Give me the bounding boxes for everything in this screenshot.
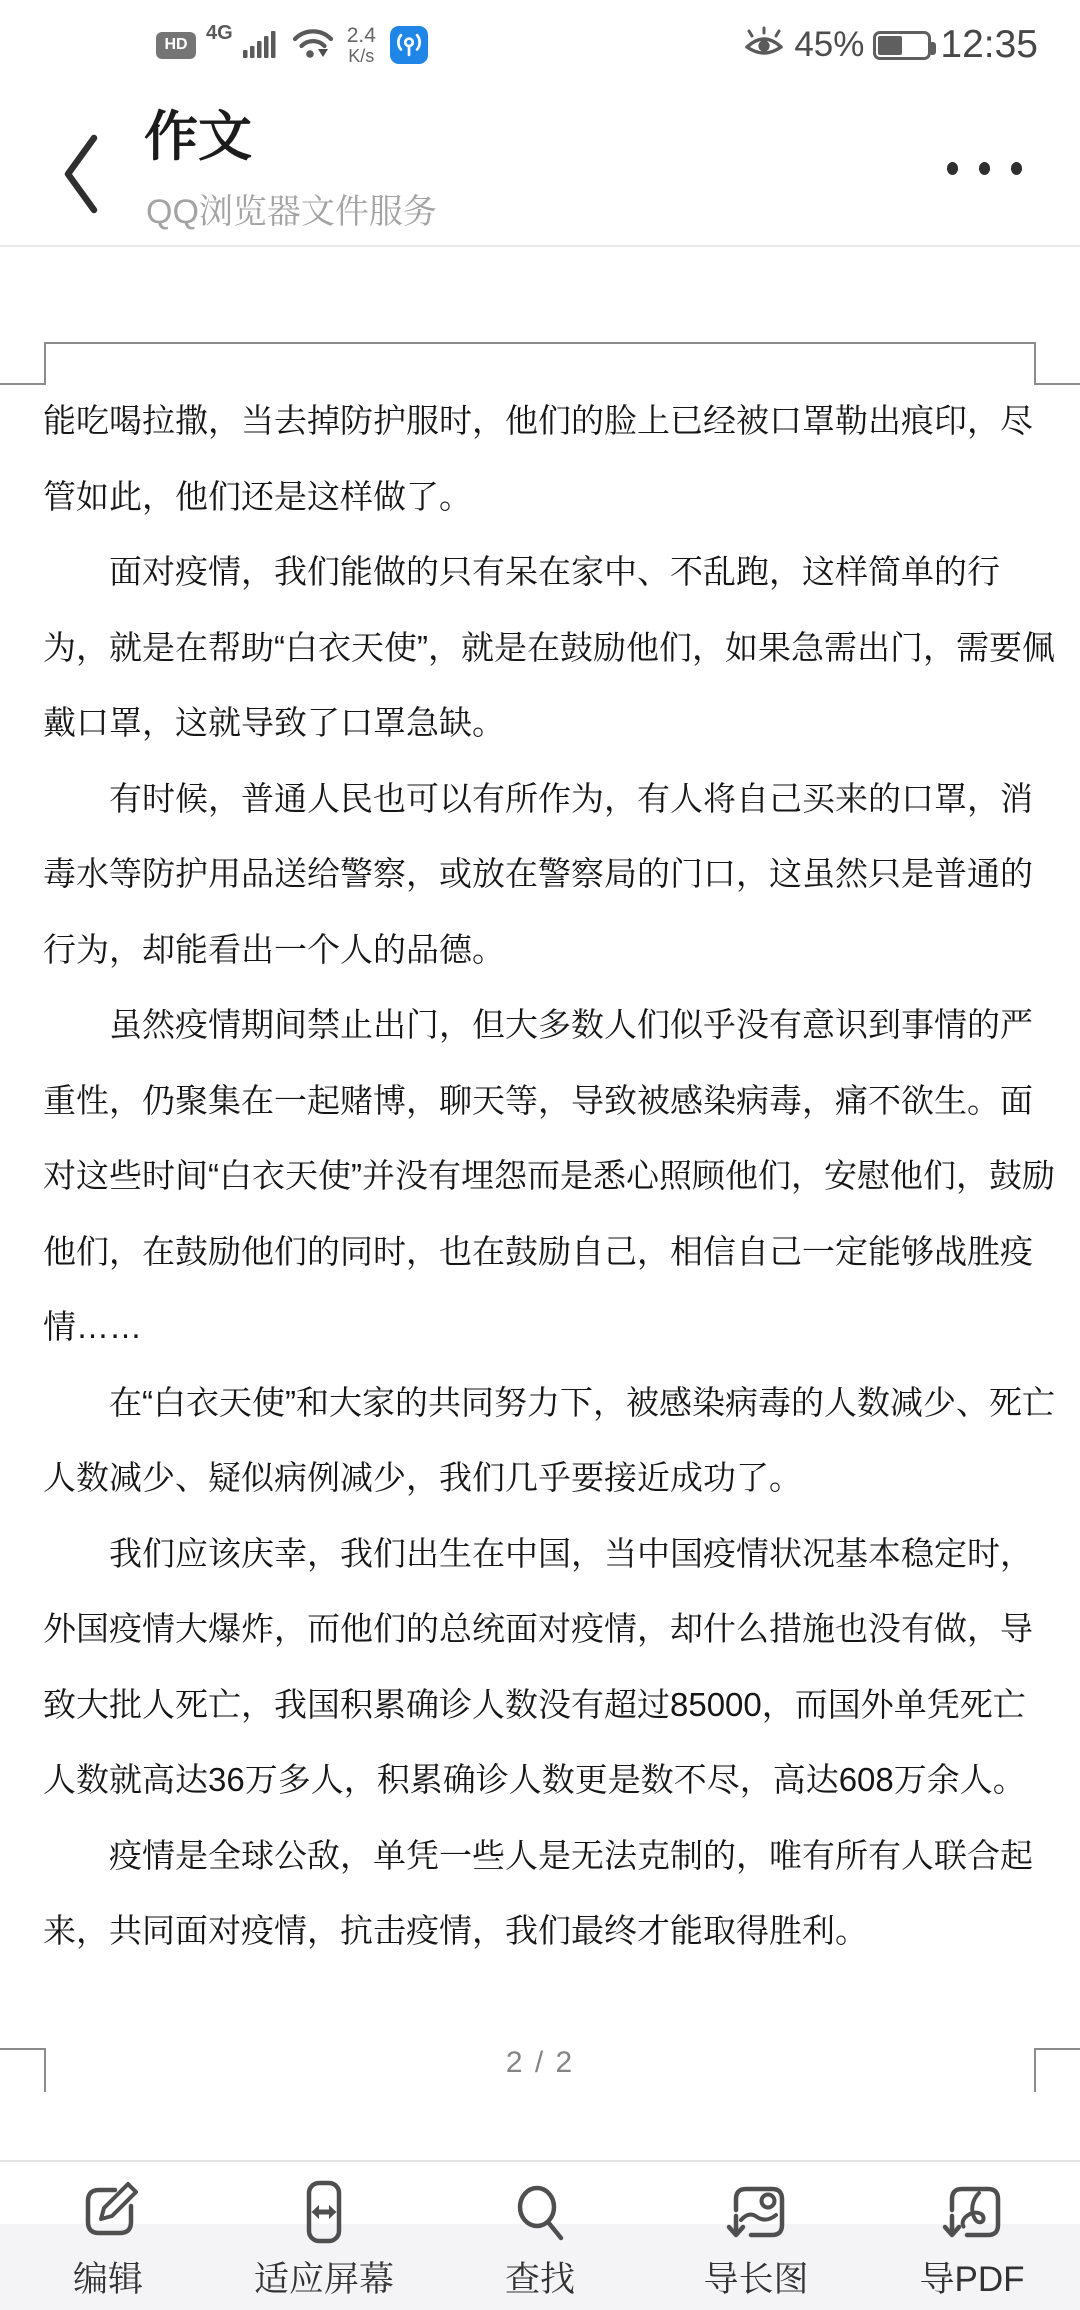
battery-nub [931,42,936,55]
toolbar-item-label: 编辑 [73,2252,143,2302]
toolbar-item-label: 导长图 [703,2252,808,2302]
document-text-line: 对这些时间“白衣天使”并没有埋怨而是悉心照顾他们，安慰他们，鼓励 [43,1138,1053,1214]
export-pdf-icon [936,2176,1008,2248]
document-text-line: 我们应该庆幸，我们出生在中国，当中国疫情状况基本稳定时， [43,1516,1053,1592]
document-text-line: 为，就是在帮助“白衣天使”，就是在鼓励他们，如果急需出门，需要佩 [43,610,1053,686]
more-menu-button[interactable] [941,156,1028,181]
fit-screen-icon [288,2176,360,2248]
eye-protection-icon [743,26,785,65]
document-text-line: 戴口罩，这就导致了口罩急缺。 [43,685,1053,761]
document-text-line: 虽然疫情期间禁止出门，但大多数人们似乎没有意识到事情的严 [43,987,1053,1063]
document-text-line: 人数减少、疑似病例减少，我们几乎要接近成功了。 [43,1440,1053,1516]
document-text-line: 来，共同面对疫情，抗击疫情，我们最终才能取得胜利。 [43,1893,1053,1969]
document-text-line: 有时候，普通人民也可以有所作为，有人将自己买来的口罩，消 [43,761,1053,837]
document-text-line: 面对疫情，我们能做的只有呆在家中、不乱跑，这样简单的行 [43,534,1053,610]
document-text-line: 行为，却能看出一个人的品德。 [43,912,1053,988]
hotspot-icon [390,26,428,64]
page-mark-top-right-v [1034,342,1036,385]
bottom-toolbar: 编辑适应屏幕查找导长图导PDF [0,2160,1080,2310]
toolbar-item-fit-screen[interactable]: 适应屏幕 [216,2162,432,2302]
network-speed-unit: K/s [348,47,374,65]
network-speed-value: 2.4 [347,25,376,46]
toolbar-item-export-pdf[interactable]: 导PDF [864,2162,1080,2302]
hd-badge: HD [156,32,196,59]
export-image-icon [720,2176,792,2248]
clock-label: 12:35 [940,23,1038,67]
document-text-line: 外国疫情大爆炸，而他们的总统面对疫情，却什么措施也没有做，导 [43,1591,1053,1667]
page-mark-top-left-v [44,342,46,385]
phone-screen: HD 4G 2.4 [0,0,1080,2310]
document-lines: 能吃喝拉撒，当去掉防护服时，他们的脸上已经被口罩勒出痕印，尽管如此，他们还是这样… [43,383,1053,1969]
toolbar-item-export-long-image[interactable]: 导长图 [648,2162,864,2302]
document-text-line: 情…… [43,1289,1053,1365]
document-text-line: 重性，仍聚集在一起赌博，聊天等，导致被感染病毒，痛不欲生。面 [43,1063,1053,1139]
battery-percent-label: 45% [794,25,864,65]
page-title: 作文 [144,108,252,167]
document-text-line: 人数就高达36万多人，积累确诊人数更是数不尽，高达608万余人。 [43,1742,1053,1818]
battery-fill [878,36,901,55]
toolbar-item-label: 查找 [505,2252,575,2302]
page-subtitle: QQ浏览器文件服务 [146,184,437,233]
search-icon [504,2176,576,2248]
document-text-line: 疫情是全球公敌，单凭一些人是无法克制的，唯有所有人联合起 [43,1818,1053,1894]
edit-icon [72,2176,144,2248]
app-header: 作文 QQ浏览器文件服务 [0,90,1080,247]
document-text-line: 能吃喝拉撒，当去掉防护服时，他们的脸上已经被口罩勒出痕印，尽 [43,383,1053,459]
battery-icon [873,31,931,60]
page-indicator: 2 / 2 [0,2046,1080,2080]
document-viewer[interactable]: 能吃喝拉撒，当去掉防护服时，他们的脸上已经被口罩勒出痕印，尽管如此，他们还是这样… [0,247,1080,2160]
toolbar-item-edit[interactable]: 编辑 [0,2162,216,2302]
toolbar-item-find[interactable]: 查找 [432,2162,648,2302]
document-text-line: 管如此，他们还是这样做了。 [43,459,1053,535]
toolbar-item-label: 导PDF [919,2252,1024,2302]
back-chevron-icon [58,132,110,216]
page-top-line [45,342,1035,344]
status-bar-right: 45% 12:35 [743,0,1038,90]
document-text-line: 毒水等防护用品送给警察，或放在警察局的门口，这虽然只是普通的 [43,836,1053,912]
back-button[interactable] [58,132,110,216]
toolbar-item-label: 适应屏幕 [254,2252,394,2302]
document-text-line: 他们，在鼓励他们的同时，也在鼓励自己，相信自己一定能够战胜疫 [43,1214,1053,1290]
document-text-line: 在“白衣天使”和大家的共同努力下，被感染病毒的人数减少、死亡 [43,1365,1053,1441]
wifi-icon [291,26,335,65]
page-mark-top-left-h [0,383,45,385]
network-speed: 2.4 K/s [347,25,376,65]
status-bar: HD 4G 2.4 [0,0,1080,90]
signal-bars-icon [243,28,281,63]
status-bar-left: HD 4G 2.4 [156,0,428,90]
network-type-label: 4G [206,22,233,45]
document-text-line: 致大批人死亡，我国积累确诊人数没有超过85000，而国外单凭死亡 [43,1667,1053,1743]
more-menu-icon [947,162,958,175]
